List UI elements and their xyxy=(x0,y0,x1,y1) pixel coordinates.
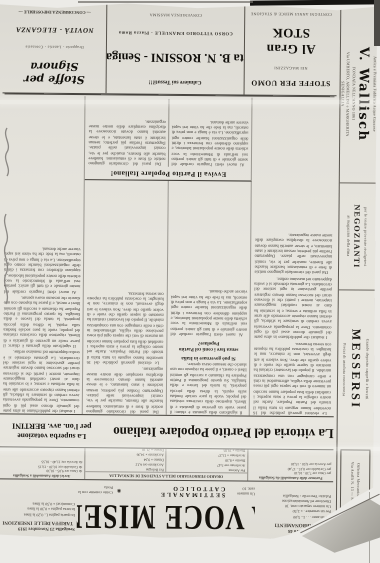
tariffa-line3: Comunicati » 0,50 la linea xyxy=(1,501,75,507)
abbonamenti-line2: Per un semestre . » 2,50 xyxy=(257,509,331,515)
bologna-row: Diretto » 21,10 xyxy=(87,448,164,452)
subhead-governare-line2: senza fare i conti col Partito Popolare? xyxy=(170,339,247,352)
stok-line4: CONTEGNI ANNUI MERCE di STAGIONE xyxy=(251,11,332,16)
partenze-row: per Arcevia ore 6,50 - 15,20 xyxy=(250,460,331,466)
timetable-partenze: Partenze delle Automobili da Senigallia … xyxy=(248,450,333,482)
ancona-title: Per Ancona xyxy=(169,467,246,473)
orario-title: ORARIO FERROVIARIO DELLA STAZIONE DI SEN… xyxy=(85,471,247,481)
timetable-ferroviario: ORARIO FERROVIARIO DELLA STAZIONE DI SEN… xyxy=(85,448,248,480)
pencil-squiggle-marks xyxy=(0,118,14,338)
article-paragraph: Le elezioni generali politiche del 16 no… xyxy=(87,291,164,366)
partenze-title: Partenze delle Automobili da Senigallia xyxy=(250,475,331,480)
ad-rossini: Calmiere sui Tessuti!!! Ditta B. N. ROSS… xyxy=(107,3,246,94)
newspaper-sheet-rotated-180: Officina Meccanica - Riparazioni Via Ars… xyxy=(0,0,377,539)
ad-gran-stok: STOFFE PER UOMO NEI MAGAZZINI Al Gran ST… xyxy=(245,5,338,96)
article-paragraph: Ai nuovi eletti l'augurio cordiale del n… xyxy=(170,289,247,338)
masthead-subtitle-left: Un numero cent. 10 xyxy=(229,486,255,496)
article-column-1: Le elezioni generali politiche del 16 no… xyxy=(250,98,336,417)
abbonamenti-line1: Per un anno . . . L. 5,00 xyxy=(257,514,331,520)
article-paragraph: Il significato della giornata è chiaro: … xyxy=(3,295,80,349)
timetable-bologna: Per Bologna Accelerato ore 6,12 Diretto … xyxy=(85,448,167,471)
article-column-2: Il significato della giornata è chiaro: … xyxy=(167,181,253,416)
admin-line1: Direzione ed Amministrazione xyxy=(257,498,331,504)
scan-edge-dark-strip xyxy=(250,0,380,6)
printer-ornament-icon: ◉ xyxy=(117,487,121,493)
newspaper-main-area: Anno XI - Numero 48 ABBONAMENTI Per un a… xyxy=(0,0,340,539)
signora-line1: Stoffe per Signora xyxy=(4,59,105,86)
article-paragraph: Dai paesi del circondario giungono notiz… xyxy=(86,366,163,415)
ad-wallisch: Antica e Premiata Fabbrica Acque Gazzose… xyxy=(340,5,378,182)
rossini-line2: Ditta B. N. ROSSINI - Senigallia xyxy=(107,49,246,65)
date-tariffa-box: Senigallia 23 Novembre 1919 TARIFFA DELL… xyxy=(0,481,77,534)
article-paragraph: I risultati che pubblichiamo in altra pa… xyxy=(254,276,332,341)
tariffa-line1: In quarta pagina L. 0,20 la linea xyxy=(1,512,75,518)
masthead-row: Anno XI - Numero 48 ABBONAMENTI Per un a… xyxy=(0,481,333,536)
ad-messersi-small1: Grande deposito cappelli e berretti xyxy=(365,339,370,400)
timetable-arrivi: Arrivi delle Automobili a Senigallia da … xyxy=(0,447,85,479)
newspaper-title: LA VOCE MISENA xyxy=(77,498,255,535)
subhead-governare-line1: Si può governare in Italia xyxy=(170,353,247,360)
headline-side-bottom: per l'on. avv. BERTINI xyxy=(0,421,104,432)
signora-line3: NOVITÀ - ELEGANZA xyxy=(15,26,93,35)
masthead-center: LA VOCE MISENA Un numero cent. 10 SETTIM… xyxy=(77,482,255,536)
article-paragraph: Dai paesi del circondario giungono notiz… xyxy=(88,119,165,168)
partenze-row: per Corinaldo ore 8,15 - 17,40 xyxy=(250,465,331,471)
rossini-line4: CONVENIENZA MASSIMA xyxy=(149,13,202,17)
article-paragraph: Dai paesi del circondario giungono notiz… xyxy=(254,232,332,275)
ancona-row: Accelerato ore 5,47 xyxy=(169,462,246,468)
subhead-evviva: Evviva il Partito Popolare Italiano! xyxy=(88,168,248,178)
scan-corner-shadow xyxy=(374,0,380,46)
headline-side-top: La superba votazione xyxy=(0,431,104,441)
bologna-row: Accelerato ore 6,12 xyxy=(87,461,164,467)
article-paragraph: Ai nuovi eletti l'augurio cordiale del n… xyxy=(4,246,81,295)
masthead-subtitle: SETTIMANALE CATTOLICO xyxy=(125,484,225,497)
issue-date: Senigallia 23 Novembre 1919 xyxy=(1,525,75,532)
stok-line2: NEI MAGAZZINI xyxy=(274,66,307,70)
masthead-subtitle-row: Un numero cent. 10 SETTIMANALE CATTOLICO… xyxy=(77,484,255,498)
ad-messersi-small2: Prezzi di assoluta concorrenza xyxy=(342,343,346,396)
abbonamenti-line3: Un numero separato cent. 10 xyxy=(257,504,331,510)
ad-negozianti-small2: ai magazzini della ditta xyxy=(347,216,351,257)
scan-edge-thin-line xyxy=(78,1,253,3)
article-paragraph: I risultati che pubblichiamo in altra pa… xyxy=(3,349,80,414)
ancona-row: Diretto » 19,05 xyxy=(169,448,246,453)
tariffa-title: TARIFFA DELLE INSERZIONI xyxy=(1,518,75,525)
ad-wallisch-title: V. Wallisch xyxy=(357,47,371,142)
signora-line2: Drapperie - Lanerie - Cotonerie xyxy=(25,44,84,49)
ad-wallisch-address: Via UMBERTO, ARMELLINI e MARGHERITA xyxy=(346,52,350,137)
article-paragraph: Le elezioni generali politiche del 16 no… xyxy=(253,341,331,416)
main-headline: La vittoria del Partito Popolare Italian… xyxy=(113,423,334,441)
ad-messersi: Grande deposito cappelli e berretti MESS… xyxy=(337,289,374,448)
tariffa-line2: In terza pagina » 0,30 la linea xyxy=(1,507,75,513)
ad-negozianti-title: NEGOZIANTI xyxy=(353,204,363,268)
ancona-row: Diretto » 8,30 xyxy=(169,457,246,463)
article-columns: Le elezioni generali politiche del 16 no… xyxy=(0,95,337,416)
ad-wallisch-edge: Antica e Premiata Fabbrica Acque Gazzose xyxy=(373,56,377,132)
ad-stoffe-signora: Stoffe per Signora Drapperie - Lanerie -… xyxy=(3,2,108,93)
signora-line4: — CONCORRENZA IMPOSSIBILE — xyxy=(19,10,91,16)
rossini-line3: CORSO VITTORIO EMANUELE - Piazza Roma xyxy=(118,30,233,36)
bologna-row: Accelerato » 14,36 xyxy=(87,451,164,457)
article-column-3: Dai paesi del circondario giungono notiz… xyxy=(83,180,169,415)
masthead-subtitle-right: Conto corrente con la Posta xyxy=(77,485,113,495)
evviva-section: Evviva il Partito Popolare Italiano! Ai … xyxy=(85,96,253,181)
ad-wallisch-city: SENIGALLIA xyxy=(340,81,344,106)
evviva-text-columns: Ai nuovi eletti l'augurio cordiale del n… xyxy=(88,98,249,167)
ancona-row: Accelerato » 13,27 xyxy=(169,452,246,458)
stok-line3: Al Gran STOK xyxy=(246,24,336,57)
article-paragraph: Il significato della giornata è chiaro: … xyxy=(170,362,247,416)
stok-line1: STOFFE PER UOMO xyxy=(251,79,331,89)
arrivi-row: da Corinaldo ore 10,20 - 19,15 xyxy=(1,463,82,469)
vertical-ad-strip: Officina Meccanica - Riparazioni Via Ars… xyxy=(336,3,378,539)
arrivi-title: Arrivi delle Automobili a Senigallia xyxy=(1,473,82,478)
timetable-ancona: Per Ancona Accelerato ore 5,47 Diretto »… xyxy=(167,448,248,472)
ad-negozianti: per le vostre provviste rivolgetevi NEGO… xyxy=(339,182,376,289)
headline-row: La vittoria del Partito Popolare Italian… xyxy=(0,413,334,449)
headline-sidebar: La superba votazione per l'on. avv. BERT… xyxy=(0,421,104,441)
scanned-newspaper-page: Officina Meccanica - Riparazioni Via Ars… xyxy=(0,0,380,563)
ad-messersi-title: MESSERSI xyxy=(348,329,364,410)
arrivi-row: da Arcevia ore 11,40 - 18,55 xyxy=(1,458,82,464)
bologna-row: Diretto » 9,54 xyxy=(87,456,164,462)
admin-line2: Palazzo Vescovile - Senigallia xyxy=(257,493,331,499)
article-paragraph: Ai nuovi eletti l'augurio cordiale del n… xyxy=(171,119,248,168)
timetable-strip: Partenze delle Automobili da Senigallia … xyxy=(0,446,333,482)
ad-wallisch-founded: FONDATA NELL'ANNO 1861 xyxy=(352,67,356,121)
rossini-line1: Calmiere sui Tessuti!!! xyxy=(149,79,202,85)
ad-banner-row: STOFFE PER UOMO NEI MAGAZZINI Al Gran ST… xyxy=(3,2,338,96)
bologna-title: Per Bologna xyxy=(87,466,164,472)
ad-negozianti-small1: per le vostre provviste rivolgetevi xyxy=(364,207,369,267)
